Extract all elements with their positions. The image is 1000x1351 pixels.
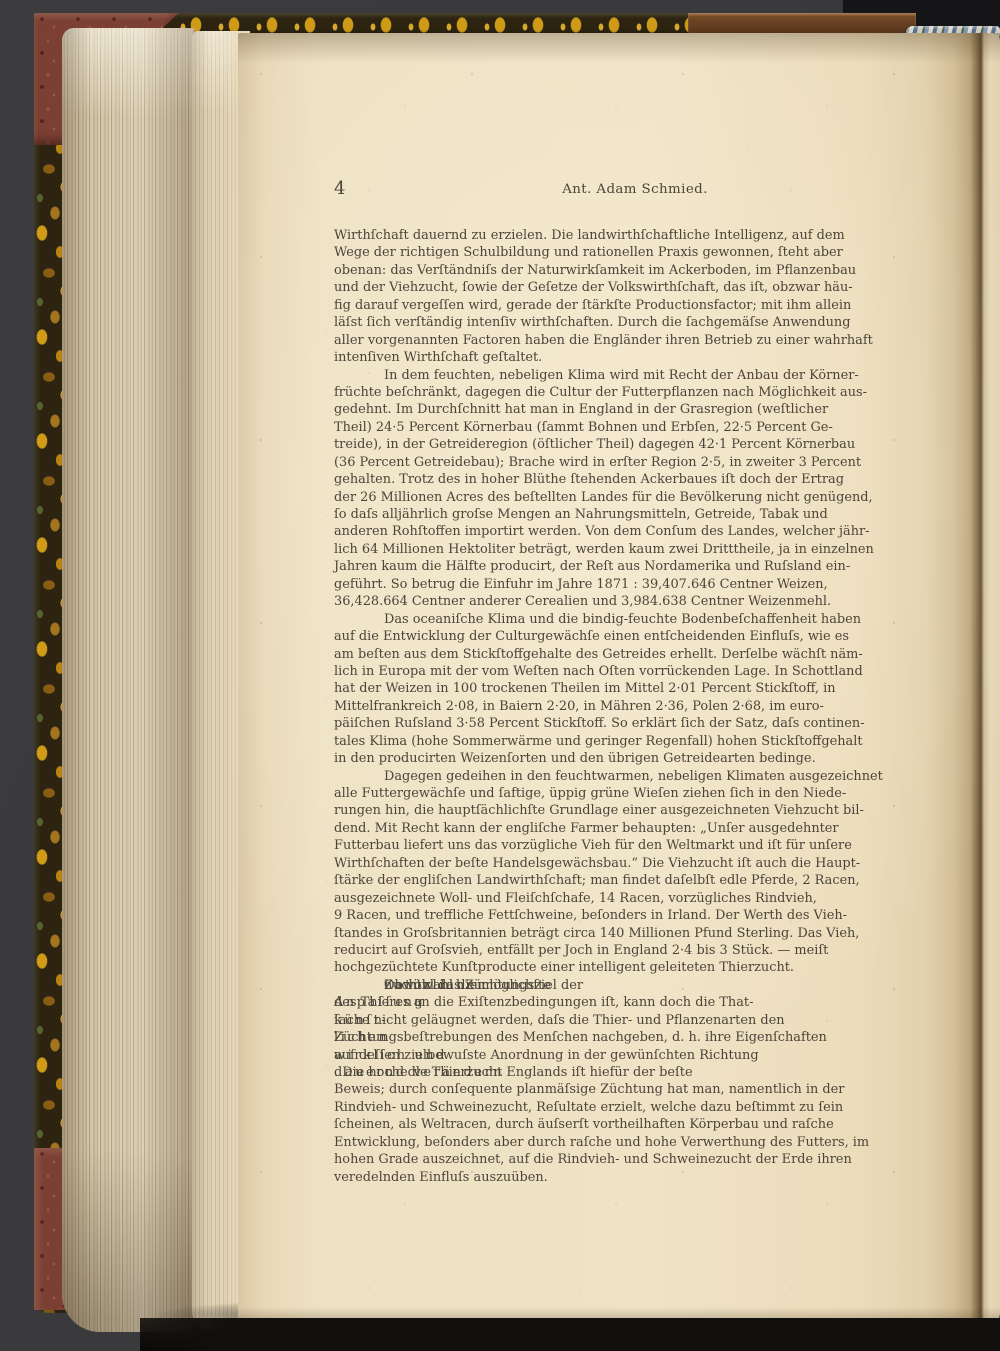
text-line: gedehnt. Im Durchſchnitt hat man in Engl… (334, 401, 936, 418)
text-line: Jahren kaum die Hälfte producirt, der Re… (334, 558, 936, 575)
text-line: 9 Racen, und treffliche Fettſchweine, be… (334, 907, 936, 924)
text-line: ſcheinen, als Weltracen, durch äuſserſt … (334, 1116, 936, 1133)
text-line: anderen Rohſtoffen importirt werden. Von… (334, 523, 936, 540)
book-photo-stage: 4 Ant. Adam Schmied. Wirthſchaft dauernd… (0, 0, 1000, 1351)
text-line: aller vorgenannten Factoren haben die En… (334, 332, 936, 349)
text-line: Rindvieh- und Schweinezucht, Reſultate e… (334, 1099, 936, 1116)
text-line: auf deſſen zielbewuſste Anordnung in der… (334, 1047, 936, 1064)
text-line: hochgezüchtete Kunſtproducte einer intel… (334, 959, 936, 976)
text-line: Mittelfrankreich 2·08, in Baiern 2·20, i… (334, 698, 936, 715)
paragraph: In dem feuchten, nebeligen Klima wird mi… (334, 367, 936, 611)
text-line: Das oceaniſche Klima und die bindig-feuc… (334, 611, 936, 628)
text-line: gehalten. Trotz des in hoher Blüthe ſteh… (334, 471, 936, 488)
text-line: ſtandes in Groſsbritannien beträgt circa… (334, 925, 936, 942)
text-line: treide), in der Getreideregion (öſtliche… (334, 436, 936, 453)
text-line: und der Viehzucht, ſowie der Geſetze der… (334, 279, 936, 296)
text-line: dauernd verändern. Die hochedle Thierzuc… (334, 1064, 936, 1081)
text-line: Wege der richtigen Schulbildung und rati… (334, 244, 936, 261)
text-line: lichen Züchtungsbeſtrebungen des Menſche… (334, 1029, 936, 1046)
text-line: hat der Weizen in 100 trockenen Theilen … (334, 680, 936, 697)
running-title: Ant. Adam Schmied. (334, 182, 936, 197)
text-line: der 26 Millionen Acres des beſtellten La… (334, 489, 936, 506)
text-line: obenan: das Verſtändniſs der Naturwirkſa… (334, 262, 936, 279)
text-line: 36,428.664 Centner anderer Cerealien und… (334, 593, 936, 610)
text-line: veredelnden Einfluſs auszuüben. (334, 1169, 936, 1186)
paragraph: Dagegen gedeihen in den feuchtwarmen, ne… (334, 768, 936, 977)
text-line: In dem feuchten, nebeligen Klima wird mi… (334, 367, 936, 384)
text-line: ſtärke der engliſchen Landwirthſchaft; m… (334, 872, 936, 889)
text-line: intenſiven Wirthſchaft geſtaltet. (334, 349, 936, 366)
page-header: 4 Ant. Adam Schmied. (334, 178, 936, 202)
text-line: lich in Europa mit der vom Weſten nach O… (334, 663, 936, 680)
text-line: Obwohl das Züchtungsziel der natürlichen… (334, 977, 936, 994)
text-line: auf die Entwicklung der Culturgewächſe e… (334, 628, 936, 645)
text-line: Beweis; durch conſequente planmäſsige Zü… (334, 1081, 936, 1098)
text-line: Theil) 24·5 Percent Körnerbau (ſammt Boh… (334, 419, 936, 436)
text-line: früchte beſchränkt, dagegen die Cultur d… (334, 384, 936, 401)
text-line: Futterbau liefert uns das vorzügliche Vi… (334, 837, 936, 854)
text-line: reducirt auf Groſsvieh, entfällt per Joc… (334, 942, 936, 959)
text-line: ſo daſs alljährlich groſse Mengen an Nah… (334, 506, 936, 523)
text-line: geführt. So betrug die Einfuhr im Jahre … (334, 576, 936, 593)
text-line: Wirthſchaften der beſte Handelsgewächsba… (334, 855, 936, 872)
text-line: alle Futtergewächſe und ſaftige, üppig g… (334, 785, 936, 802)
text-line: dend. Mit Recht kann der engliſche Farme… (334, 820, 936, 837)
page-stack-fore-edge (62, 28, 194, 1332)
text-line: (36 Percent Getreidebau); Brache wird in… (334, 454, 936, 471)
text-line: tales Klima (hohe Sommerwärme und gering… (334, 733, 936, 750)
text-line: am beſten aus dem Stickſtoffgehalte des … (334, 646, 936, 663)
text-line: lich 64 Millionen Hektoliter beträgt, we… (334, 541, 936, 558)
text-line: läſst ſich verſtändig intenſiv wirthſcha… (334, 314, 936, 331)
text-line: ſache nicht geläugnet werden, daſs die T… (334, 1012, 936, 1029)
text-line: in den producirten Weizenſorten und den … (334, 750, 936, 767)
body-text: Wirthſchaft dauernd zu erzielen. Die lan… (334, 227, 936, 1186)
book-bottom-shadow (140, 1318, 1000, 1351)
text-line: Dagegen gedeihen in den feuchtwarmen, ne… (334, 768, 936, 785)
text-line: päiſchen Ruſsland 3·58 Percent Stickſtof… (334, 715, 936, 732)
paragraph: Das oceaniſche Klima und die bindig-feuc… (334, 611, 936, 768)
text-line: fig darauf vergeſſen wird, gerade der ſt… (334, 297, 936, 314)
text-line: Entwicklung, beſonders aber durch raſche… (334, 1134, 936, 1151)
text-line: ausgezeichnete Woll- und Fleiſchſchafe, … (334, 890, 936, 907)
page-stack-shading (62, 28, 194, 1332)
text-line: hohen Grade auszeichnet, auf die Rindvie… (334, 1151, 936, 1168)
text-line: rungen hin, die hauptſächlichſte Grundla… (334, 802, 936, 819)
paragraph: Wirthſchaft dauernd zu erzielen. Die lan… (334, 227, 936, 367)
paragraph: Obwohl das Züchtungsziel der natürlichen… (334, 977, 936, 1186)
text-line: Wirthſchaft dauernd zu erzielen. Die lan… (334, 227, 936, 244)
text-line: Anpaſſung des Thieres an die Exiſtenzbed… (334, 994, 936, 1011)
